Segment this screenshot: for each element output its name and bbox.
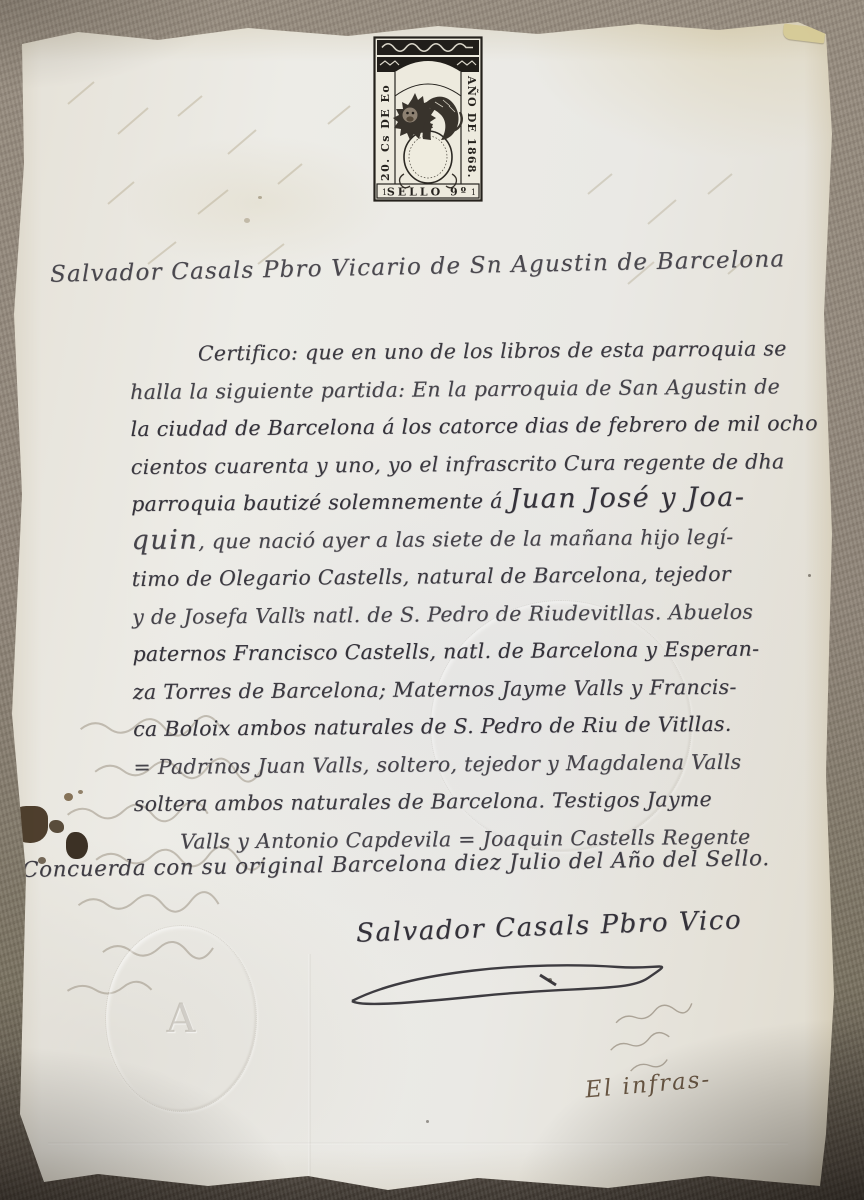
line-text: halla la siguiente partida: En la parroq… — [130, 374, 780, 404]
stamp-corner-right: 1 — [471, 188, 476, 197]
line-text: la ciudad de Barcelona á los catorce dia… — [130, 411, 817, 441]
certificate-line: soltera ambos naturales de Barcelona. Te… — [134, 779, 834, 823]
ink-blot — [78, 790, 83, 794]
photo-scene: A 20. Cs DE Eo AÑO DE 1868. — [0, 0, 864, 1200]
certificate-line: Certifico: que en uno de los libros de e… — [130, 329, 830, 373]
signature-rubric-flourish — [330, 955, 690, 1035]
certificate-line: za Torres de Barcelona; Maternos Jayme V… — [133, 666, 833, 710]
ink-blot — [64, 793, 73, 801]
stamp-bottom-text: SELLO 9º — [387, 186, 469, 199]
certificate-line: cientos cuarenta y uno, yo el infrascrit… — [131, 441, 831, 485]
paper-speck — [258, 196, 262, 199]
certificate-body: Certifico: que en uno de los libros de e… — [130, 329, 835, 860]
line-text: = Padrinos Juan Valls, soltero, tejedor … — [133, 749, 741, 778]
paper-speck — [244, 218, 250, 223]
ink-blot — [66, 832, 88, 859]
certificate-line: quin, que nació ayer a las siete de la m… — [131, 516, 831, 560]
emphasized-name: Juan José y Joa- — [509, 482, 745, 515]
line-text: parroquia bautizé solemnemente á — [131, 489, 510, 516]
line-text: timo de Olegario Castells, natural de Ba… — [132, 562, 731, 591]
ink-bleedthrough-right — [568, 134, 788, 314]
line-text: y de Josefa Valls natl. de S. Pedro de R… — [132, 599, 753, 628]
embossed-seal-bottom: A — [105, 925, 257, 1112]
line-text: ca Boloix ambos naturales de S. Pedro de… — [133, 712, 732, 741]
stamp-right-text: AÑO DE 1868. — [465, 75, 479, 179]
revenue-stamp: 20. Cs DE Eo AÑO DE 1868. — [373, 36, 483, 202]
line-text: cientos cuarenta y uno, yo el infrascrit… — [131, 449, 785, 479]
certificate-line: halla la siguiente partida: En la parroq… — [130, 366, 830, 410]
paper-crease — [308, 954, 311, 1192]
paper-crease — [48, 1142, 788, 1145]
line-text: paternos Francisco Castells, natl. de Ba… — [132, 637, 759, 666]
certificate-line: paternos Francisco Castells, natl. de Ba… — [132, 629, 832, 673]
line-text: Certifico: que en uno de los libros de e… — [198, 336, 787, 365]
paper-speck — [548, 978, 552, 982]
ink-blot — [8, 806, 48, 843]
paper-speck — [426, 1120, 429, 1123]
embossed-seal-letter: A — [167, 996, 196, 1042]
certificate-line: parroquia bautizé solemnemente á Juan Jo… — [131, 479, 831, 523]
certificate-line: ca Boloix ambos naturales de S. Pedro de… — [133, 704, 833, 748]
stamp-left-text: 20. Cs DE Eo — [379, 84, 392, 181]
paper-speck — [808, 574, 811, 577]
stamp-ornament-band — [377, 40, 479, 55]
line-text: soltera ambos naturales de Barcelona. Te… — [134, 787, 712, 816]
document-paper: A 20. Cs DE Eo AÑO DE 1868. — [8, 14, 846, 1196]
ink-blot — [49, 820, 64, 833]
ink-blot — [38, 857, 46, 864]
signature: Salvador Casals Pbro Vico — [356, 905, 743, 948]
line-text: , que nació ayer a las siete de la mañan… — [198, 524, 733, 553]
emphasized-name: quin — [131, 524, 198, 556]
line-text: za Torres de Barcelona; Maternos Jayme V… — [133, 674, 737, 703]
bottom-margin-note: El infras- — [584, 1067, 712, 1104]
certificate-line: la ciudad de Barcelona á los catorce dia… — [130, 404, 830, 448]
paper-speck — [295, 609, 298, 612]
certificate-line: = Padrinos Juan Valls, soltero, tejedor … — [133, 741, 833, 785]
certificate-line: timo de Olegario Castells, natural de Ba… — [132, 554, 832, 598]
revenue-stamp-graphic: 20. Cs DE Eo AÑO DE 1868. — [373, 36, 483, 202]
corner-tear — [782, 23, 826, 43]
document-heading: Salvador Casals Pbro Vicario de Sn Agust… — [50, 246, 786, 287]
certificate-line: y de Josefa Valls natl. de S. Pedro de R… — [132, 591, 832, 635]
